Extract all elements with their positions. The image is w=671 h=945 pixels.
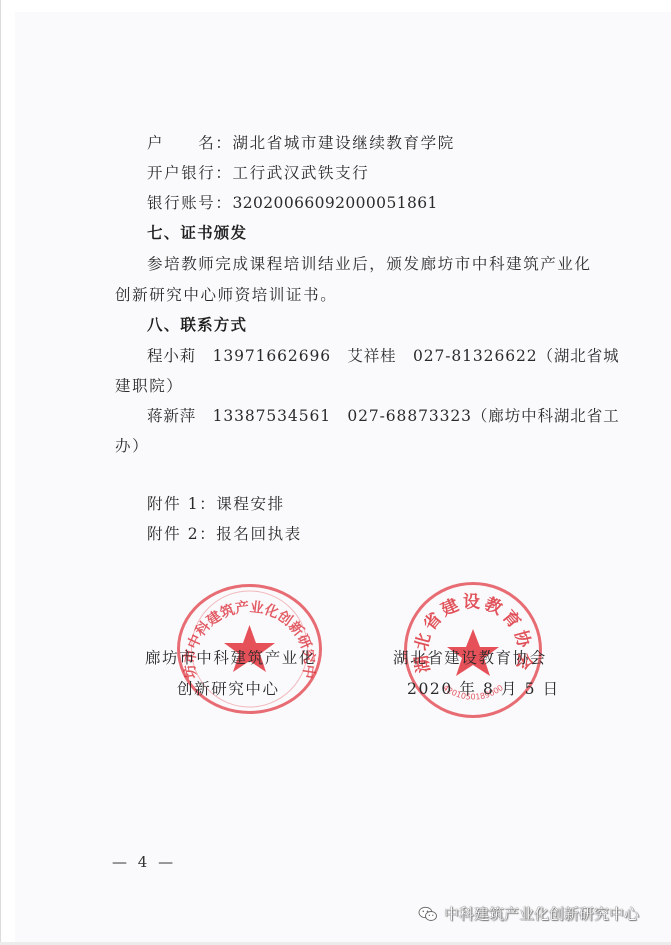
account-name-value: 湖北省城市建设继续教育学院 [233,134,455,152]
page-number: — 4 — [112,853,176,871]
signature-right-date: 2020 年 8 月 5 日 [407,677,560,699]
wechat-icon [418,906,438,922]
watermark-text: 中科建筑产业化创新研究中心 [444,903,639,924]
attachment-1: 附件 1：课程安排 [147,494,285,514]
attachment-2-title: 报名回执表 [216,525,302,543]
contacts-line4: 办） [115,436,149,456]
wechat-watermark: 中科建筑产业化创新研究中心 [418,903,639,924]
section7-paragraph-line2: 创新研究中心师资培训证书。 [115,285,337,305]
contacts-line2: 建职院） [115,376,183,396]
account-number-row: 银行账号：32020066092000051861 [147,193,438,213]
attachment-2: 附件 2：报名回执表 [147,524,302,544]
signature-left-line1: 廊坊市中科建筑产业化 [145,646,316,668]
section7-paragraph-line1: 参培教师完成课程培训结业后，颁发廊坊市中科建筑产业化 [147,254,592,274]
attachment-1-title: 课程安排 [216,495,284,513]
left-border [0,0,1,945]
signature-right-line1: 湖北省建设教育协会 [393,646,547,668]
section8-heading: 八、联系方式 [147,315,247,335]
attachment-1-label: 附件 1： [147,495,216,513]
section7-heading: 七、证书颁发 [147,223,247,243]
contacts-line3: 蒋新萍 13387534561 027-68873323（廊坊中科湖北省工 [147,406,620,426]
account-number-value: 32020066092000051861 [233,194,438,212]
contacts-line1: 程小莉 13971662696 艾祥桂 027-81326622（湖北省城 [147,346,620,366]
bank-row: 开户银行：工行武汉武铁支行 [147,163,369,183]
signature-left-line2: 创新研究中心 [177,677,280,699]
account-name-row: 户 名：湖北省城市建设继续教育学院 [147,133,455,153]
account-name-label: 户 名： [147,134,233,152]
account-number-label: 银行账号： [147,194,233,212]
bank-label: 开户银行： [147,164,233,182]
attachment-2-label: 附件 2： [147,525,216,543]
bank-value: 工行武汉武铁支行 [233,164,370,182]
